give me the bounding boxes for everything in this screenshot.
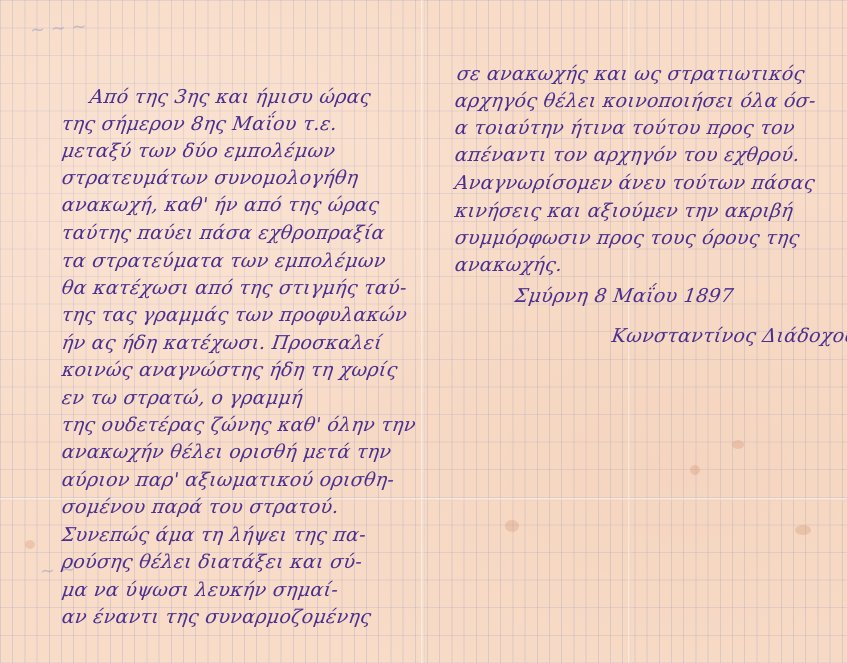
text-line: σομένου παρά του στρατού. [60, 496, 340, 518]
text-line: ανακωχήν θέλει ορισθή μετά την [60, 441, 392, 463]
faint-pencil-mark: ~ ~ ~ [29, 16, 87, 41]
text-line: σε ανακωχής και ως στρατιωτικός [455, 63, 806, 85]
text-line: ανακωχής. [453, 254, 564, 276]
text-line: κοινώς αναγνώστης ήδη τη χωρίς [60, 359, 399, 381]
text-line: συμμόρφωσιν προς τους όρους της [453, 227, 801, 249]
text-line: ήν ας ήδη κατέχωσι. Προσκαλεί [60, 332, 383, 354]
signature: Κωνσταντίνος Διάδοχος [610, 325, 847, 347]
text-line: μα να ύψωσι λευκήν σημαί- [60, 579, 339, 601]
text-line: στρατευμάτων συνομολογήθη [60, 167, 359, 189]
letter-sheet: ~ ~ ~ ~ ~ Από της 3ης και ήμισυ ώρας της… [0, 0, 847, 663]
text-line: αύριον παρ' αξιωματικού ορισθη- [60, 469, 395, 491]
text-line: ανακωχή, καθ' ήν από της ώρας [60, 194, 380, 216]
text-line: απέναντι τον αρχηγόν του εχθρού. [453, 144, 801, 166]
place-date: Σμύρνη 8 Μαΐου 1897 [513, 285, 735, 307]
paper-stain [795, 525, 811, 535]
text-line: τα στρατεύματα των εμπολέμων [60, 250, 387, 272]
text-line: αρχηγός θέλει κοινοποιήσει όλα όσ- [453, 90, 817, 112]
text-line: της σήμερον 8ης Μαΐου τ.ε. [60, 113, 338, 135]
text-line: ρούσης θέλει διατάξει και σύ- [60, 551, 363, 573]
text-line: Συνεπώς άμα τη λήψει της πα- [60, 524, 367, 546]
paper-stain [25, 540, 35, 549]
text-line: ταύτης παύει πάσα εχθροπραξία [60, 222, 386, 244]
text-line: Από της 3ης και ήμισυ ώρας [88, 86, 372, 108]
text-line: κινήσεις και αξιούμεν την ακριβή [453, 200, 794, 222]
text-line: μεταξύ των δύο εμπολέμων [60, 140, 336, 162]
text-line: θα κατέχωσι από της στιγμής ταύ- [60, 277, 408, 299]
paper-stain [690, 465, 700, 475]
paper-stain [732, 440, 744, 449]
text-line: εν τω στρατώ, ο γραμμή [60, 387, 304, 409]
text-line: της τας γραμμάς των προφυλακών [60, 304, 408, 326]
text-line: α τοιαύτην ήτινα τούτου προς τον [453, 117, 796, 139]
text-line: Αναγνωρίσομεν άνευ τούτων πάσας [453, 172, 816, 194]
paper-stain [505, 520, 519, 532]
center-fold [421, 0, 425, 663]
text-line: της ουδετέρας ζώνης καθ' όλην την [60, 414, 417, 436]
text-line: αν έναντι της συναρμοζομένης [60, 606, 372, 628]
